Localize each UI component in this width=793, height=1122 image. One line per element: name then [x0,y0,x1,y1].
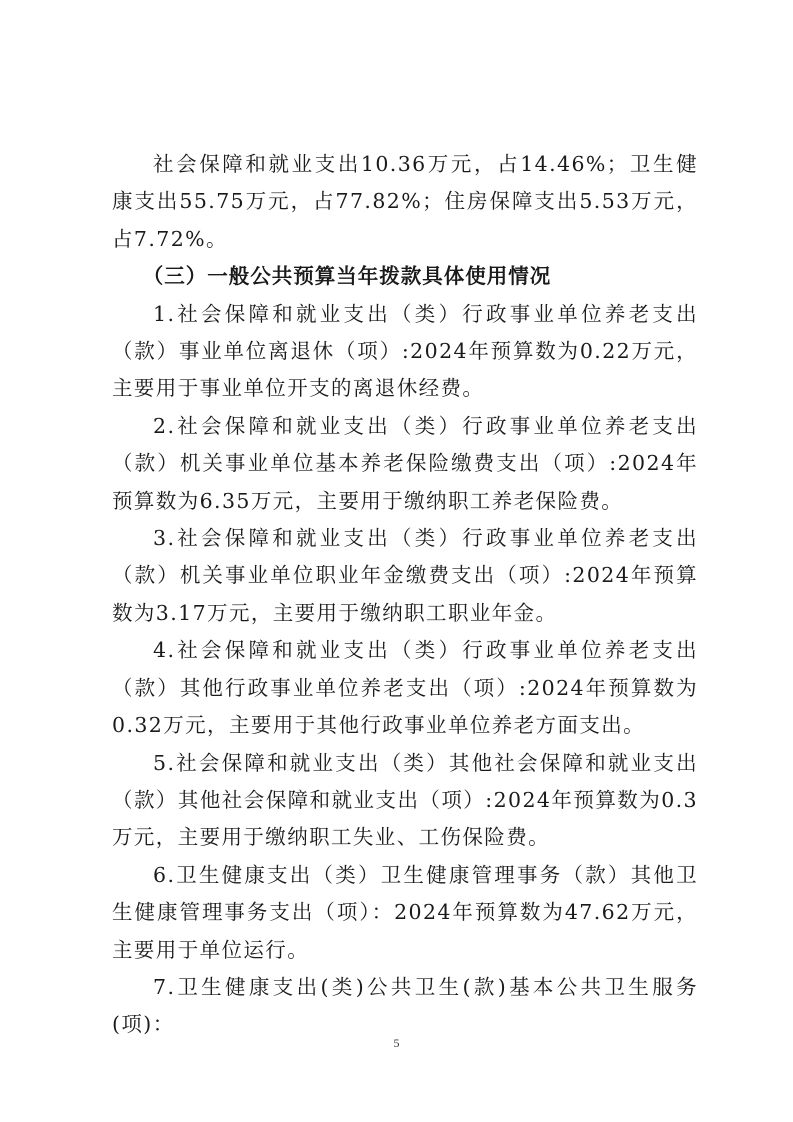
paragraph-item-3: 3.社会保障和就业支出（类）行政事业单位养老支出（款）机关事业单位职业年金缴费支… [112,520,698,632]
paragraph-item-6: 6.卫生健康支出（类）卫生健康管理事务（款）其他卫生健康管理事务支出（项）：20… [112,857,698,969]
paragraph-item-5: 5.社会保障和就业支出（类）其他社会保障和就业支出（款）其他社会保障和就业支出（… [112,745,698,857]
section-heading: （三）一般公共预算当年拨款具体使用情况 [112,258,698,295]
paragraph-item-2: 2.社会保障和就业支出（类）行政事业单位养老支出（款）机关事业单位基本养老保险缴… [112,408,698,520]
paragraph-item-1: 1.社会保障和就业支出（类）行政事业单位养老支出（款）事业单位离退休（项）:20… [112,296,698,408]
document-page: 社会保障和就业支出10.36万元，占14.46%；卫生健康支出55.75万元，占… [112,146,698,1044]
paragraph-item-4: 4.社会保障和就业支出（类）行政事业单位养老支出（款）其他行政事业单位养老支出（… [112,632,698,744]
paragraph-expenditure-summary: 社会保障和就业支出10.36万元，占14.46%；卫生健康支出55.75万元，占… [112,146,698,258]
page-number: 5 [0,1036,793,1051]
paragraph-item-7: 7.卫生健康支出(类)公共卫生(款)基本公共卫生服务(项)： [112,969,698,1044]
